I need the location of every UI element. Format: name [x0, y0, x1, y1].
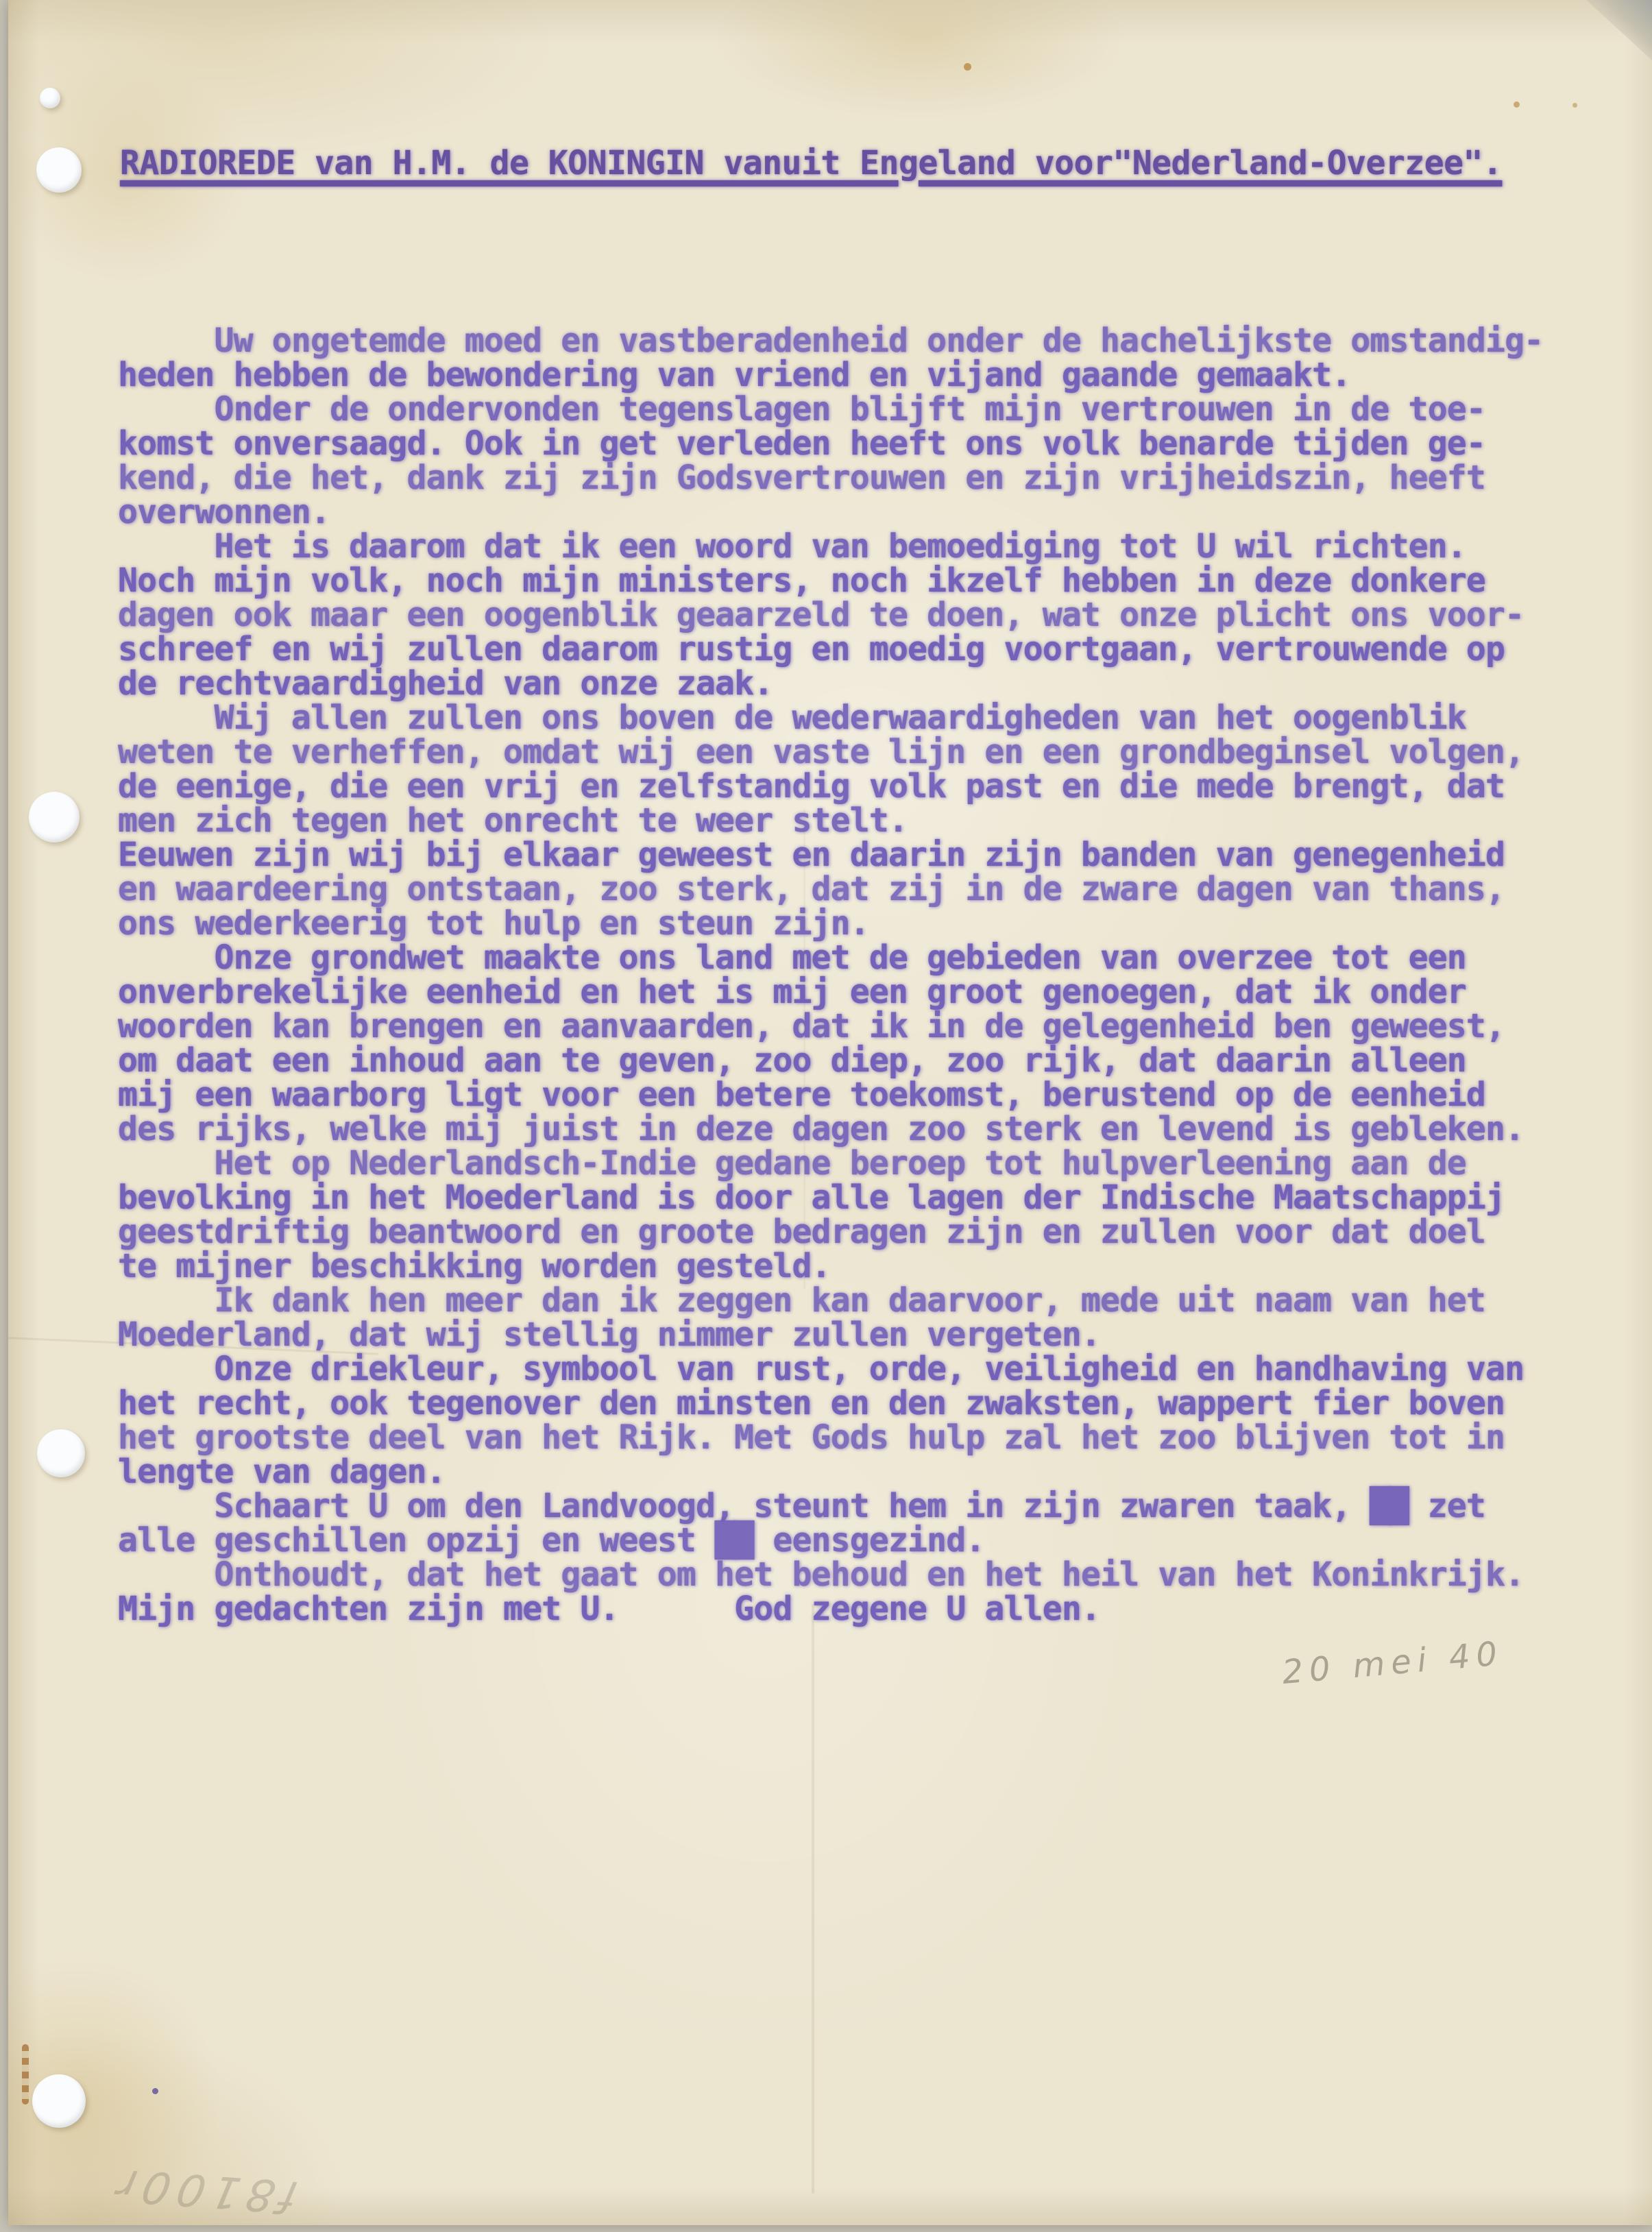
text-line: Onthoudt, dat het gaat om het behoud en … — [118, 1557, 1543, 1592]
text-line: dagen ook maar een oogenblik geaarzeld t… — [118, 598, 1543, 632]
text-line: des rijks, welke mij juist in deze dagen… — [118, 1112, 1543, 1146]
text-line: de eenige, die een vrij en zelfstandig v… — [118, 769, 1543, 803]
handwritten-date-annotation: 20 mei 40 — [1280, 1634, 1505, 1692]
text-line: alle geschillen opzij en weest ██ eensge… — [118, 1523, 1543, 1557]
text-line: bevolking in het Moederland is door alle… — [118, 1180, 1543, 1215]
pencil-inventory-mark: f8100r — [106, 2159, 303, 2222]
text-line: het grootste deel van het Rijk. Met Gods… — [118, 1420, 1543, 1455]
punch-hole-top — [36, 147, 82, 193]
text-line: kend, die het, dank zij zijn Godsvertrou… — [118, 461, 1543, 495]
text-line: Schaart U om den Landvoogd, steunt hem i… — [118, 1489, 1543, 1523]
text-line: Onder de ondervonden tegenslagen blijft … — [118, 392, 1543, 426]
text-line: weten te verheffen, omdat wij een vaste … — [118, 735, 1543, 769]
text-line: schreef en wij zullen daarom rustig en m… — [118, 632, 1543, 666]
document-title: RADIOREDE van H.M. de KONINGIN vanuit En… — [120, 147, 1502, 180]
punch-hole-bottom — [32, 2074, 86, 2128]
scanned-page: RADIOREDE van H.M. de KONINGIN vanuit En… — [0, 0, 1652, 2232]
text-line: het recht, ook tegenover den minsten en … — [118, 1386, 1543, 1420]
text-line: de rechtvaardigheid van onze zaak. — [118, 666, 1543, 701]
text-line: Ik dank hen meer dan ik zeggen kan daarv… — [118, 1283, 1543, 1318]
text-line: men zich tegen het onrecht te weer stelt… — [118, 803, 1543, 838]
punch-hole-small — [40, 88, 60, 108]
text-line: lengte van dagen. — [118, 1455, 1543, 1489]
text-line: geestdriftig beantwoord en groote bedrag… — [118, 1215, 1543, 1249]
text-line: Onze driekleur, symbool van rust, orde, … — [118, 1352, 1543, 1386]
text-line: om daat een inhoud aan te geven, zoo die… — [118, 1043, 1543, 1078]
text-line: Wij allen zullen ons boven de wederwaard… — [118, 701, 1543, 735]
text-line: Mijn gedachten zijn met U. God zegene U … — [118, 1592, 1543, 1626]
text-line: komst onversaagd. Ook in get verleden he… — [118, 426, 1543, 461]
text-line: Uw ongetemde moed en vastberadenheid ond… — [118, 324, 1543, 358]
text-line: onverbrekelijke eenheid en het is mij ee… — [118, 975, 1543, 1009]
text-line: overwonnen. — [118, 495, 1543, 529]
punch-hole-lower-middle — [37, 1429, 85, 1477]
text-line: Het op Nederlandsch-Indie gedane beroep … — [118, 1146, 1543, 1180]
text-line: Eeuwen zijn wij bij elkaar geweest en da… — [118, 838, 1543, 872]
document-body: Uw ongetemde moed en vastberadenheid ond… — [118, 324, 1543, 1626]
rust-speck — [964, 63, 971, 71]
text-line: en waardeering ontstaan, zoo sterk, dat … — [118, 872, 1543, 906]
rust-stain — [22, 2044, 29, 2104]
text-line: Moederland, dat wij stellig nimmer zulle… — [118, 1318, 1543, 1352]
text-line: woorden kan brengen en aanvaarden, dat i… — [118, 1009, 1543, 1043]
rust-speck — [1572, 103, 1577, 108]
text-line: heden hebben de bewondering van vriend e… — [118, 358, 1543, 392]
text-line: te mijner beschikking worden gesteld. — [118, 1249, 1543, 1283]
ink-speck — [152, 2088, 158, 2094]
text-line: mij een waarborg ligt voor een betere to… — [118, 1078, 1543, 1112]
text-line: Noch mijn volk, noch mijn ministers, noc… — [118, 563, 1543, 598]
punch-hole-upper-middle — [29, 792, 80, 842]
paper-sheet: RADIOREDE van H.M. de KONINGIN vanuit En… — [8, 0, 1652, 2225]
text-line: ons wederkeerig tot hulp en steun zijn. — [118, 906, 1543, 941]
corner-fold — [1586, 0, 1652, 60]
rust-speck — [1514, 101, 1520, 108]
text-line: Het is daarom dat ik een woord van bemoe… — [118, 529, 1543, 563]
vertical-crease — [812, 1604, 814, 2194]
text-line: Onze grondwet maakte ons land met de geb… — [118, 941, 1543, 975]
